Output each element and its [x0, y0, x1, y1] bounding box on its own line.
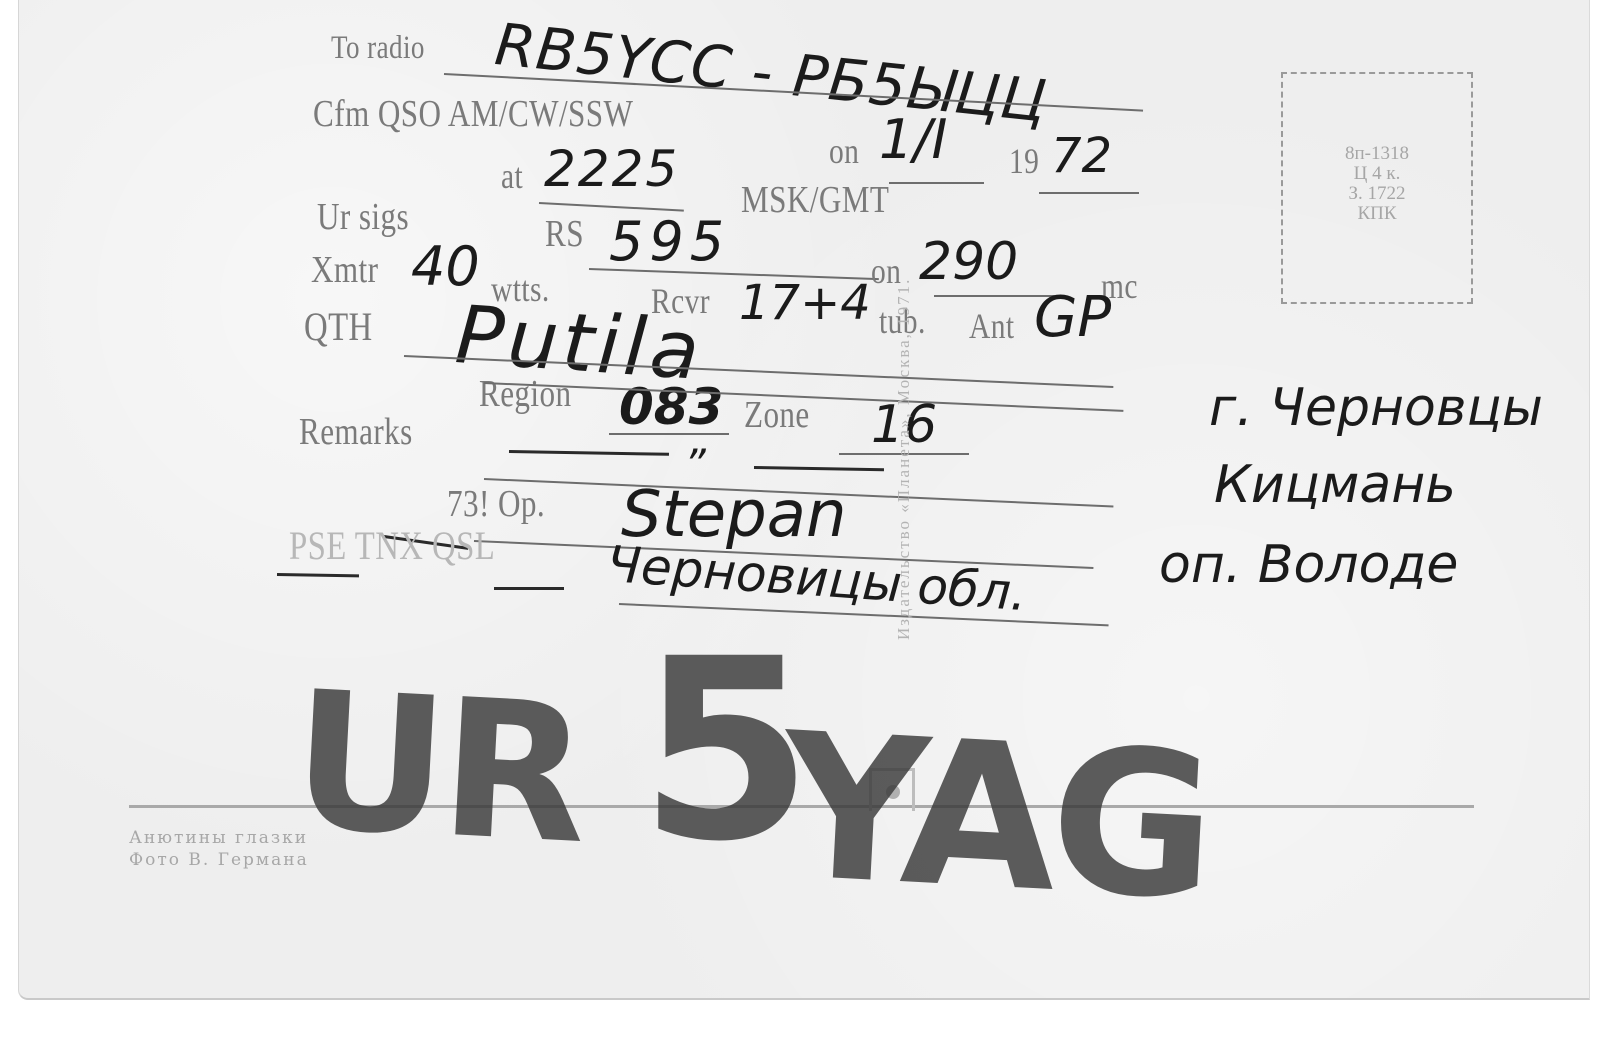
remarks-dash-1 — [509, 450, 669, 456]
freq-value: 290 — [919, 232, 1018, 292]
cfm-qso-label: Cfm QSO AM/CW/SSW — [313, 92, 633, 136]
time-value: 2225 — [544, 140, 679, 198]
stamp-box-line-4: КПК — [1283, 204, 1471, 224]
year-printed: 19 — [1009, 140, 1039, 182]
to-radio-label: To radio — [331, 30, 425, 67]
ant-label: Ant — [969, 305, 1015, 347]
xmtr-label: Xmtr — [311, 248, 378, 292]
remarks-dash-2 — [754, 466, 884, 471]
region-label: Region — [479, 372, 571, 416]
time-zone-label: MSK/GMT — [741, 178, 889, 222]
remarks-label: Remarks — [299, 410, 413, 454]
stamp-placement-box: 8п-1318 Ц 4 к. З. 1722 КПК — [1281, 72, 1473, 304]
qth-label: QTH — [304, 303, 373, 350]
region-value: 083 — [619, 378, 723, 436]
date-value: 1/I — [879, 108, 947, 171]
rs-label: RS — [545, 212, 584, 256]
stamp-box-printed-text: 8п-1318 Ц 4 к. З. 1722 КПК — [1283, 144, 1471, 224]
pse-dash-1 — [277, 573, 359, 577]
rcvr-value: 17+4 — [739, 275, 871, 331]
region-underline — [609, 433, 729, 435]
ant-value: GP — [1034, 285, 1111, 350]
callsign-stamp-suffix: YAG — [777, 690, 1215, 945]
stamp-box-line-1: 8п-1318 — [1283, 144, 1471, 164]
ur-sigs-label: Ur sigs — [317, 195, 409, 239]
callsign-stamp-prefix: UR — [287, 650, 587, 886]
op-label: 73! Op. — [447, 482, 545, 526]
year-value: 72 — [1051, 128, 1112, 184]
rcvr-label: Rcvr — [651, 280, 710, 322]
qsl-card: To radio RB5YCC - РБ5ЫЦЦ Cfm QSO AM/CW/S… — [18, 0, 1590, 1000]
pse-label: PSE TNX QSL — [289, 522, 495, 569]
year-underline — [1039, 192, 1139, 194]
pse-dash-2 — [494, 587, 564, 590]
address-line-1: г. Черновцы — [1209, 378, 1543, 438]
publisher-imprint: Издательство «Планета», Москва, 1971. — [894, 278, 914, 640]
rs-value: 595 — [609, 210, 730, 273]
address-line-3: оп. Володе — [1159, 535, 1458, 595]
address-line-2: Кицмань — [1214, 455, 1456, 515]
stamp-box-line-2: Ц 4 к. — [1283, 164, 1471, 184]
caption-line-1: Анютины глазки — [129, 828, 308, 848]
date-on-label: on — [829, 130, 859, 172]
stamp-box-line-3: З. 1722 — [1283, 184, 1471, 204]
zone-label: Zone — [744, 393, 810, 437]
date-underline — [889, 182, 984, 184]
caption-line-2: Фото В. Германа — [129, 850, 309, 870]
at-label: at — [501, 155, 523, 197]
